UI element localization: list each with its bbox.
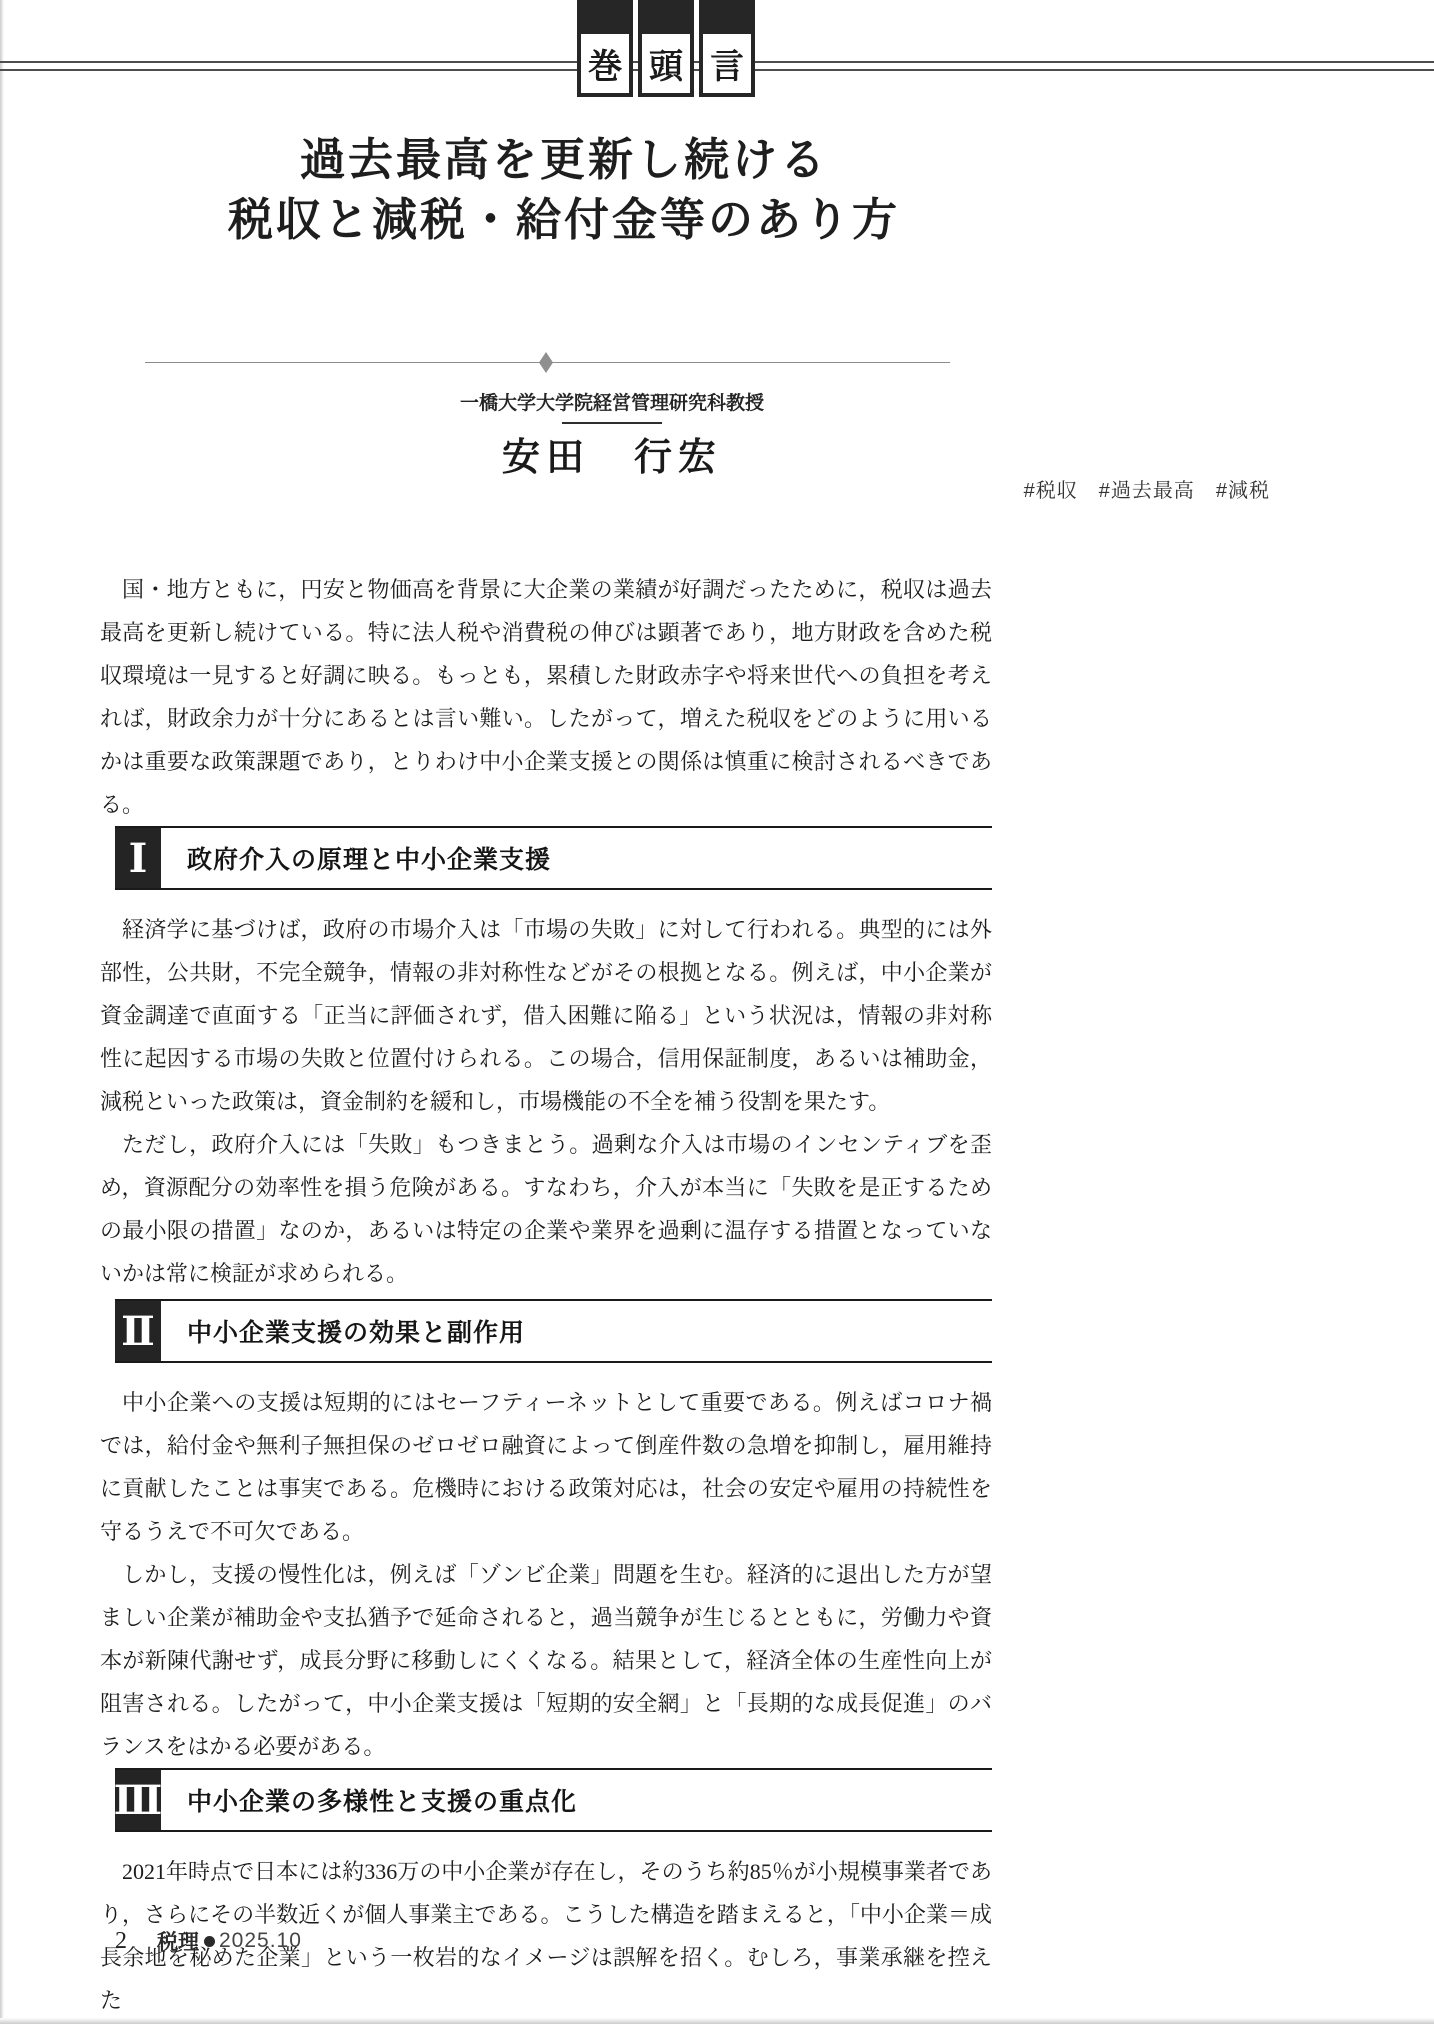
author-affiliation: 一橋大学大学院経営管理研究科教授 (166, 391, 1058, 417)
article-title: 過去最高を更新し続ける 税収と減税・給付金等のあり方 (118, 130, 1010, 250)
lead-paragraph: 国・地方ともに，円安と物価高を背景に大企業の業績が好調だったために，税収は過去最… (100, 568, 992, 826)
section-heading-label-3: 中小企業の多様性と支援の重点化 (187, 1782, 577, 1818)
article-title-line1: 過去最高を更新し続ける (118, 130, 1010, 190)
author-block: 一橋大学大学院経営管理研究科教授 安田 行宏 (166, 391, 1058, 482)
magazine-name: 税理 (157, 1926, 199, 1956)
section-1-paragraph-1: 経済学に基づけば，政府の市場介入は「市場の失敗」に対して行われる。典型的には外部… (100, 908, 992, 1123)
section-2-paragraph-2: しかし，支援の慢性化は，例えば「ゾンビ企業」問題を生む。経済的に退出した方が望ま… (100, 1553, 992, 1768)
section-numeral-3: Ⅲ (115, 1770, 161, 1830)
page-footer: 2 税理 2025.10 (115, 1926, 302, 1956)
masthead-char: 巻 (581, 34, 629, 93)
article-title-line2: 税収と減税・給付金等のあり方 (118, 190, 1010, 250)
page-number: 2 (115, 1928, 127, 1955)
author-name: 安田 行宏 (166, 434, 1058, 482)
footer-bullet-icon (204, 1936, 215, 1947)
scan-edge-left (0, 0, 4, 2024)
masthead-badge: 言 (699, 0, 755, 97)
masthead-badge: 頭 (638, 0, 694, 97)
section-heading-2: Ⅱ 中小企業支援の効果と副作用 (115, 1299, 992, 1363)
issue-date: 2025.10 (219, 1929, 302, 1953)
section-numeral-1: Ⅰ (115, 828, 161, 888)
section-heading-1: Ⅰ 政府介入の原理と中小企業支援 (115, 826, 992, 890)
section-heading-label-1: 政府介入の原理と中小企業支援 (187, 840, 551, 876)
section-heading-3: Ⅲ 中小企業の多様性と支援の重点化 (115, 1768, 992, 1832)
magazine-page: 巻 頭 言 過去最高を更新し続ける 税収と減税・給付金等のあり方 一橋大学大学院… (0, 0, 1434, 2024)
section-1-paragraph-2: ただし，政府介入には「失敗」もつきまとう。過剰な介入は市場のインセンティブを歪め… (100, 1123, 992, 1295)
title-divider (100, 362, 992, 363)
diamond-icon (539, 352, 553, 373)
section-numeral-2: Ⅱ (115, 1301, 161, 1361)
article-content: 過去最高を更新し続ける 税収と減税・給付金等のあり方 一橋大学大学院経営管理研究… (100, 0, 992, 2022)
masthead-char: 言 (703, 34, 751, 93)
hashtags: #税収 #過去最高 #減税 (1024, 478, 1270, 504)
masthead-kantogen: 巻 頭 言 (577, 0, 755, 97)
section-2-paragraph-1: 中小企業への支援は短期的にはセーフティーネットとして重要である。例えばコロナ禍で… (100, 1381, 992, 1553)
section-heading-label-2: 中小企業支援の効果と副作用 (187, 1313, 525, 1349)
masthead-char: 頭 (642, 34, 690, 93)
affiliation-underline (562, 422, 662, 424)
masthead-badge: 巻 (577, 0, 633, 97)
